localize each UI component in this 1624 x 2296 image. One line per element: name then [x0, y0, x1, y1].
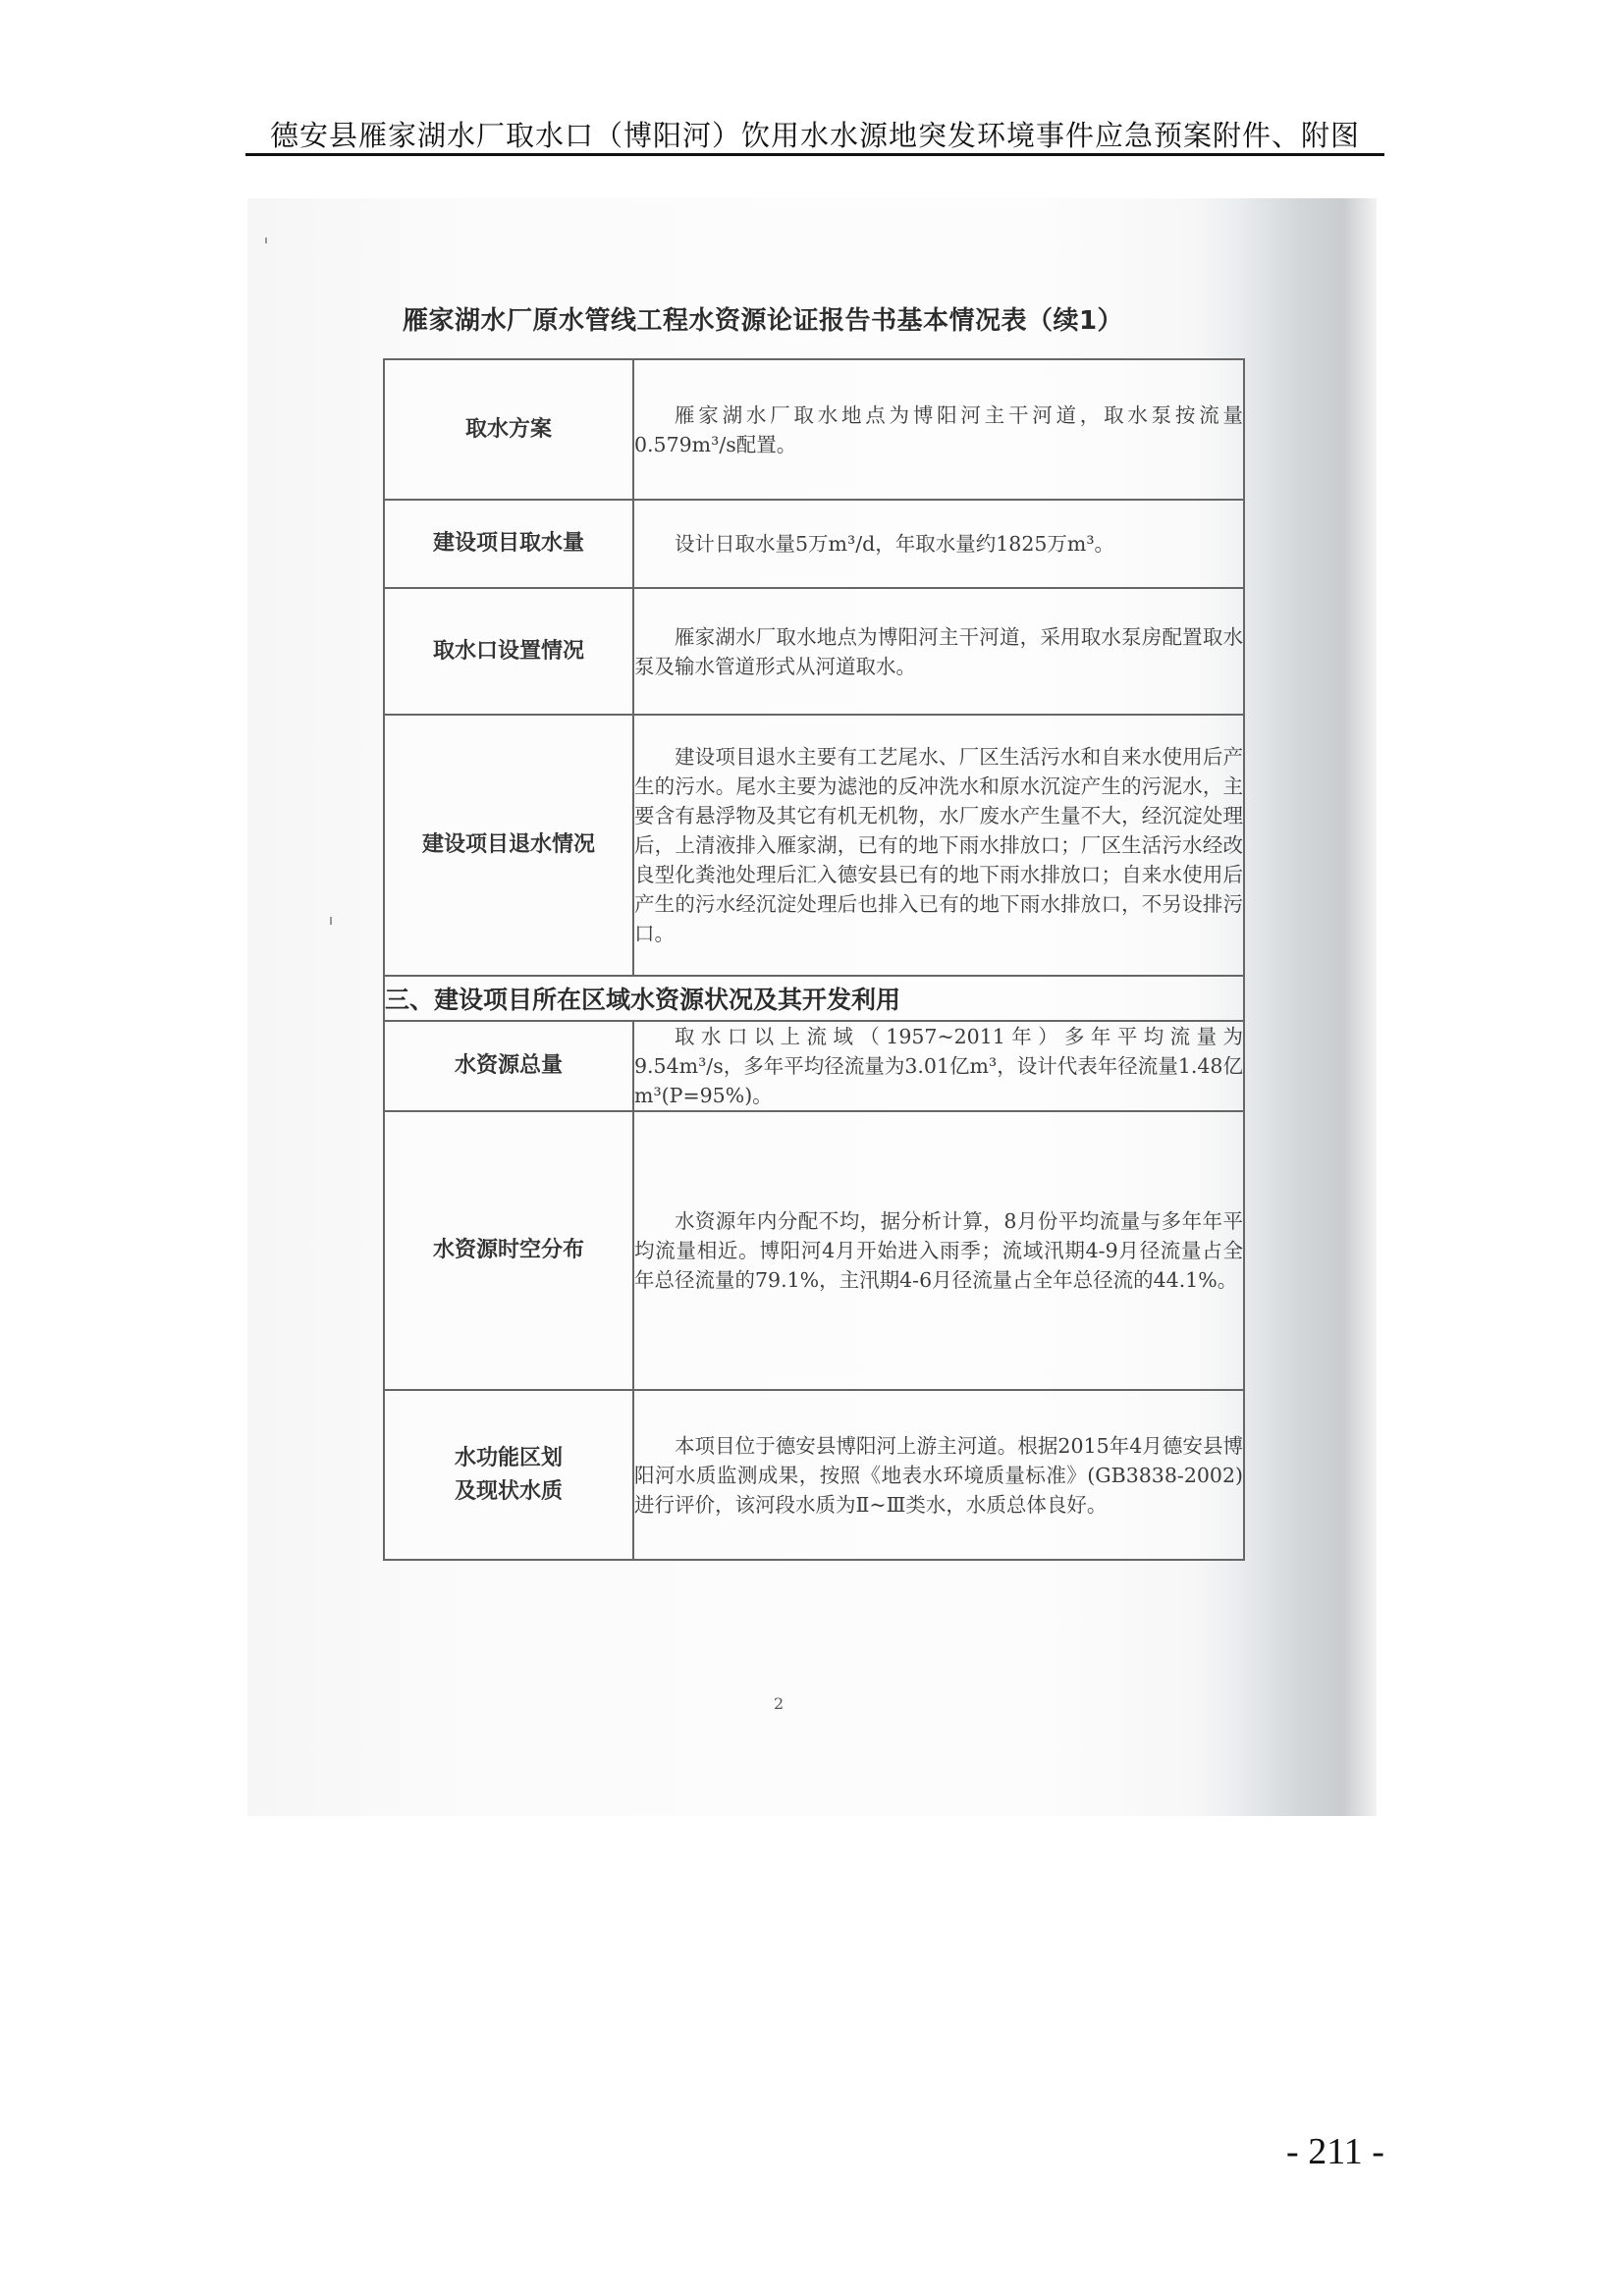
row-content-text: 雁家湖水厂取水地点为博阳河主干河道，采用取水泵房配置取水泵及输水管道形式从河道取… — [634, 622, 1243, 681]
row-content-text: 水资源年内分配不均，据分析计算，8月份平均流量与多年年平均流量相近。博阳河4月开… — [634, 1206, 1243, 1295]
table-title: 雁家湖水厂原水管线工程水资源论证报告书基本情况表（续1） — [247, 300, 1278, 337]
section-heading-row: 三、建设项目所在区域水资源状况及其开发利用 — [384, 976, 1244, 1021]
row-content-text: 本项目位于德安县博阳河上游主河道。根据2015年4月德安县博阳河水质监测成果，按… — [634, 1431, 1243, 1520]
row-content: 设计日取水量5万m³/d，年取水量约1825万m³。 — [633, 500, 1244, 588]
row-content-text: 取水口以上流域（1957~2011年）多年平均流量为9.54m³/s，多年平均径… — [634, 1022, 1243, 1110]
row-label-line: 及现状水质 — [385, 1475, 632, 1509]
row-label: 水资源总量 — [384, 1021, 633, 1111]
page-number: - 211 - — [1276, 2130, 1394, 2173]
table-row: 取水方案 雁家湖水厂取水地点为博阳河主干河道，取水泵按流量0.579m³/s配置… — [384, 359, 1244, 500]
header-rule — [245, 153, 1384, 156]
table-row: 建设项目退水情况 建设项目退水主要有工艺尾水、厂区生活污水和自来水使用后产生的污… — [384, 715, 1244, 976]
row-label: 建设项目取水量 — [384, 500, 633, 588]
table-row: 水功能区划 及现状水质 本项目位于德安县博阳河上游主河道。根据2015年4月德安… — [384, 1390, 1244, 1560]
row-content: 雁家湖水厂取水地点为博阳河主干河道，采用取水泵房配置取水泵及输水管道形式从河道取… — [633, 588, 1244, 715]
row-label: 取水口设置情况 — [384, 588, 633, 715]
table-row: 水资源时空分布 水资源年内分配不均，据分析计算，8月份平均流量与多年年平均流量相… — [384, 1111, 1244, 1390]
document-header-title: 德安县雁家湖水厂取水口（博阳河）饮用水水源地突发环境事件应急预案附件、附图 — [245, 114, 1384, 154]
table-row: 取水口设置情况 雁家湖水厂取水地点为博阳河主干河道，采用取水泵房配置取水泵及输水… — [384, 588, 1244, 715]
row-label-line: 水功能区划 — [385, 1442, 632, 1475]
row-content-text: 设计日取水量5万m³/d，年取水量约1825万m³。 — [634, 529, 1243, 559]
info-table: 取水方案 雁家湖水厂取水地点为博阳河主干河道，取水泵按流量0.579m³/s配置… — [383, 358, 1245, 1561]
row-content: 取水口以上流域（1957~2011年）多年平均流量为9.54m³/s，多年平均径… — [633, 1021, 1244, 1111]
row-label: 水功能区划 及现状水质 — [384, 1390, 633, 1560]
row-content-text: 雁家湖水厂取水地点为博阳河主干河道，取水泵按流量0.579m³/s配置。 — [634, 400, 1243, 459]
row-content: 本项目位于德安县博阳河上游主河道。根据2015年4月德安县博阳河水质监测成果，按… — [633, 1390, 1244, 1560]
table-row: 水资源总量 取水口以上流域（1957~2011年）多年平均流量为9.54m³/s… — [384, 1021, 1244, 1111]
section-heading: 三、建设项目所在区域水资源状况及其开发利用 — [384, 976, 1244, 1021]
scan-speck — [330, 917, 332, 925]
table-row: 建设项目取水量 设计日取水量5万m³/d，年取水量约1825万m³。 — [384, 500, 1244, 588]
scanned-page: 雁家湖水厂原水管线工程水资源论证报告书基本情况表（续1） 取水方案 雁家湖水厂取… — [247, 198, 1377, 1816]
scan-speck — [265, 238, 267, 243]
row-content-text: 建设项目退水主要有工艺尾水、厂区生活污水和自来水使用后产生的污水。尾水主要为滤池… — [634, 742, 1243, 948]
row-content: 建设项目退水主要有工艺尾水、厂区生活污水和自来水使用后产生的污水。尾水主要为滤池… — [633, 715, 1244, 976]
row-label: 水资源时空分布 — [384, 1111, 633, 1390]
row-label: 建设项目退水情况 — [384, 715, 633, 976]
row-content: 雁家湖水厂取水地点为博阳河主干河道，取水泵按流量0.579m³/s配置。 — [633, 359, 1244, 500]
row-content: 水资源年内分配不均，据分析计算，8月份平均流量与多年年平均流量相近。博阳河4月开… — [633, 1111, 1244, 1390]
inner-page-number: 2 — [774, 1694, 784, 1713]
row-label: 取水方案 — [384, 359, 633, 500]
